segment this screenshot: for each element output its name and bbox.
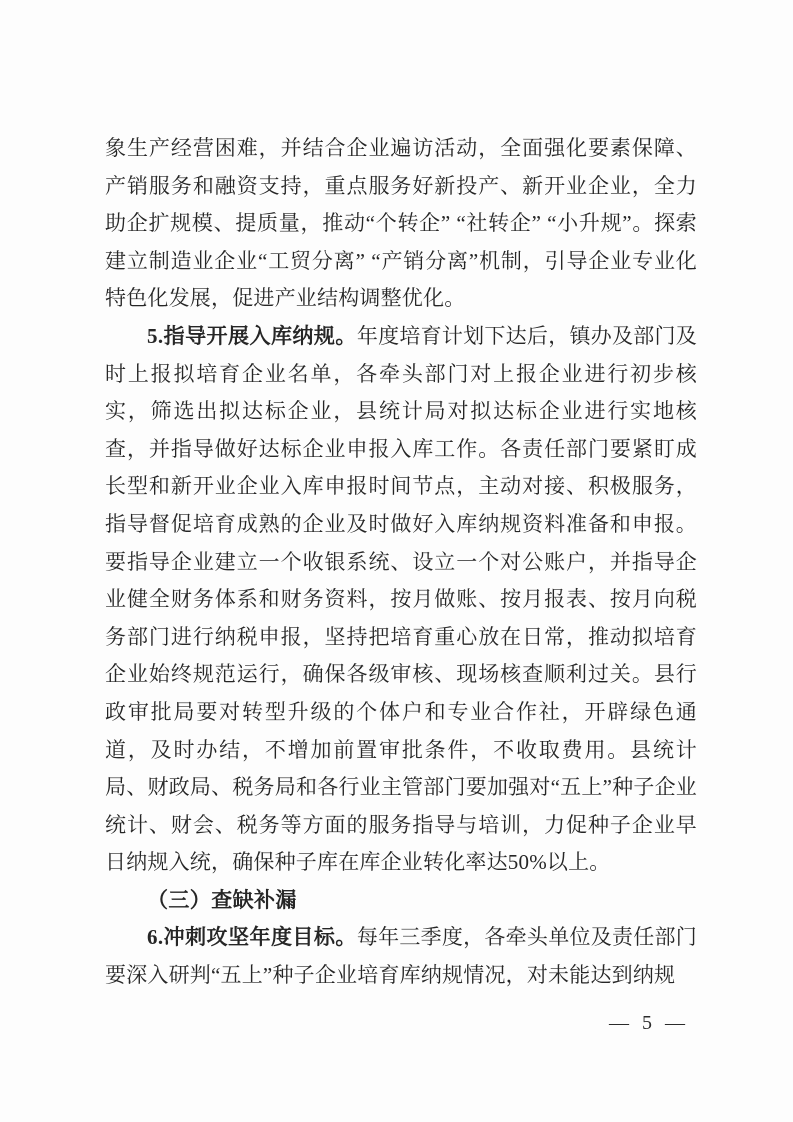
para-item-5: 5.指导开展入库纳规。年度培育计划下达后，镇办及部门及时上报拟培育企业名单，各牵… [105, 318, 697, 882]
para-continuation: 象生产经营困难，并结合企业遍访活动，全面强化要素保障、产销服务和融资支持，重点服… [105, 130, 697, 318]
paragraph-lead-text: （三）查缺补漏 [147, 888, 297, 912]
para-item-6: 6.冲刺攻坚年度目标。每年三季度，各牵头单位及责任部门要深入研判“五上”种子企业… [105, 919, 697, 994]
paragraph-lead-text: 5.指导开展入库纳规。 [147, 324, 357, 348]
page-number: — 5 — [609, 1012, 689, 1035]
document-page: 象生产经营困难，并结合企业遍访活动，全面强化要素保障、产销服务和融资支持，重点服… [0, 0, 793, 1122]
paragraph-text: 象生产经营困难，并结合企业遍访活动，全面强化要素保障、产销服务和融资支持，重点服… [105, 136, 697, 310]
heading-section-3: （三）查缺补漏 [105, 882, 697, 920]
paragraph-lead-text: 6.冲刺攻坚年度目标。 [147, 925, 357, 949]
paragraph-text: 年度培育计划下达后，镇办及部门及时上报拟培育企业名单，各牵头部门对上报企业进行初… [105, 324, 697, 874]
document-body: 象生产经营困难，并结合企业遍访活动，全面强化要素保障、产销服务和融资支持，重点服… [105, 130, 697, 995]
